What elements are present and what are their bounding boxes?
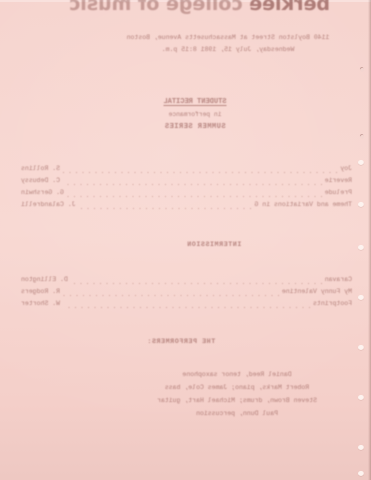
- piece-title: Joy: [340, 163, 352, 175]
- personnel-line: Robert Marks, piano; James Cole, bass: [103, 382, 371, 395]
- scan-speck: [359, 133, 365, 139]
- composer-name: R. Rodgers: [21, 286, 60, 298]
- dot-leader: [67, 196, 322, 197]
- program-row: PreludeG. Gershwin: [21, 187, 352, 199]
- recital-title: STUDENT RECITAL: [19, 96, 371, 109]
- punch-hole: [358, 295, 364, 300]
- composer-name: G. Gershwin: [21, 187, 64, 199]
- bleed-through-layer: berklee college of music 1140 Boylston S…: [0, 0, 371, 480]
- punch-hole: [358, 245, 364, 250]
- piece-title: Caravan: [325, 274, 352, 286]
- header-lines: 1140 Boylston Street at Massachusetts Av…: [85, 32, 371, 56]
- punch-hole: [358, 445, 364, 450]
- piece-title: Reverie: [325, 175, 352, 187]
- program-row: My Funny ValentineR. Rodgers: [21, 286, 352, 298]
- logo-words-college-of-music: college of music: [69, 0, 249, 15]
- address-line: 1140 Boylston Street at Massachusetts Av…: [85, 32, 371, 44]
- dot-leader: [79, 208, 252, 209]
- personnel-line: Paul Dunn, percussion: [103, 408, 371, 421]
- program-row: FootprintsW. Shorter: [21, 298, 352, 310]
- punch-hole: [358, 395, 364, 400]
- datetime-line: Wednesday, July 15, 1981 8:15 p.m.: [85, 44, 371, 56]
- program-section-2: CaravanD. EllingtonMy Funny ValentineR. …: [21, 274, 352, 310]
- logo-word-berklee: berklee: [249, 0, 330, 15]
- composer-name: S. Rollins: [21, 163, 60, 175]
- composer-name: W. Shorter: [21, 298, 60, 310]
- dot-leader: [63, 184, 322, 185]
- piece-title: Footprints: [313, 298, 352, 310]
- piece-title: My Funny Valentine: [282, 286, 352, 298]
- intermission-label: INTERMISSION: [57, 241, 371, 248]
- punch-hole: [358, 202, 364, 207]
- punch-hole: [358, 345, 364, 350]
- personnel-heading: THE PERFORMERS:: [10, 338, 352, 345]
- program-row: CaravanD. Ellington: [21, 274, 352, 286]
- recital-series: SUMMER SERIES: [19, 121, 371, 134]
- piece-title: Theme and Variations in G: [254, 199, 352, 211]
- recital-subtitle: in performance: [19, 109, 371, 122]
- composer-name: C. Debussy: [21, 175, 60, 187]
- dot-leader: [63, 307, 310, 308]
- dot-leader: [63, 172, 337, 173]
- program-row: ReverieC. Debussy: [21, 175, 352, 187]
- punch-hole: [358, 471, 364, 476]
- composer-name: D. Ellington: [21, 274, 68, 286]
- punch-hole: [358, 160, 364, 165]
- program-section-1: JoyS. RollinsReverieC. DebussyPreludeG. …: [21, 163, 352, 211]
- program-row: Theme and Variations in GJ. Calandrelli: [21, 199, 352, 211]
- scanned-page: berklee college of music 1140 Boylston S…: [0, 0, 371, 480]
- college-logo-text: berklee college of music: [28, 0, 371, 15]
- recital-title-block: STUDENT RECITAL in performance SUMMER SE…: [19, 96, 371, 134]
- dot-leader: [71, 283, 322, 284]
- dot-leader: [63, 295, 279, 296]
- scan-speck: [359, 66, 365, 72]
- program-row: JoyS. Rollins: [21, 163, 352, 175]
- composer-name: J. Calandrelli: [21, 199, 76, 211]
- personnel-lines: Daniel Reed, tenor saxophoneRobert Marks…: [103, 369, 371, 421]
- personnel-line: Steven Brown, drums; Michael Hart, guita…: [103, 395, 371, 408]
- piece-title: Prelude: [325, 187, 352, 199]
- personnel-line: Daniel Reed, tenor saxophone: [103, 369, 371, 382]
